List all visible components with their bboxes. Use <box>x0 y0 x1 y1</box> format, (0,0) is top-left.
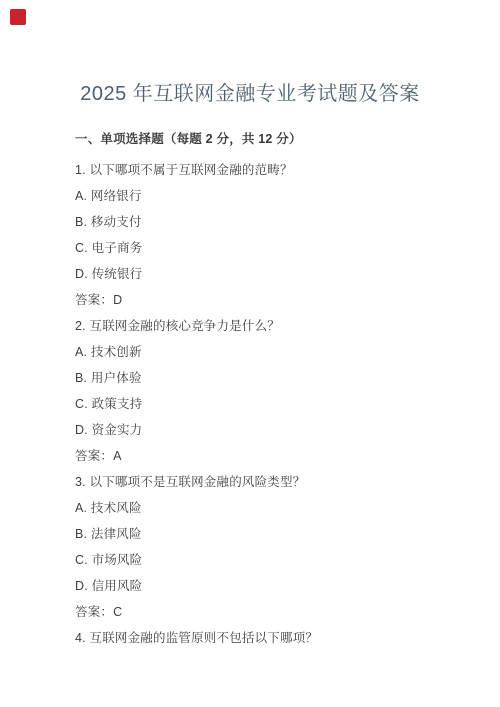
exam-document-page: 2025 年互联网金融专业考试题及答案 一、单项选择题（每题 2 分，共 12 … <box>0 0 500 656</box>
option-line: D. 信用风险 <box>75 578 500 594</box>
page-title: 2025 年互联网金融专业考试题及答案 <box>0 82 500 107</box>
question-list: 1. 以下哪项不属于互联网金融的范畴？A. 网络银行B. 移动支付C. 电子商务… <box>75 162 500 646</box>
question-block: 1. 以下哪项不属于互联网金融的范畴？A. 网络银行B. 移动支付C. 电子商务… <box>75 162 500 308</box>
option-line: A. 技术风险 <box>75 500 500 516</box>
option-line: C. 电子商务 <box>75 240 500 256</box>
option-line: B. 法律风险 <box>75 526 500 542</box>
option-line: B. 移动支付 <box>75 214 500 230</box>
question-text: 3. 以下哪项不是互联网金融的风险类型？ <box>75 474 500 490</box>
option-line: C. 政策支持 <box>75 396 500 412</box>
question-block: 2. 互联网金融的核心竞争力是什么？A. 技术创新B. 用户体验C. 政策支持D… <box>75 318 500 464</box>
question-text: 2. 互联网金融的核心竞争力是什么？ <box>75 318 500 334</box>
option-line: A. 技术创新 <box>75 344 500 360</box>
question-text: 4. 互联网金融的监管原则不包括以下哪项？ <box>75 630 500 646</box>
option-line: B. 用户体验 <box>75 370 500 386</box>
question-text: 1. 以下哪项不属于互联网金融的范畴？ <box>75 162 500 178</box>
answer-line: 答案：A <box>75 448 500 464</box>
answer-line: 答案：C <box>75 604 500 620</box>
option-line: A. 网络银行 <box>75 188 500 204</box>
section-heading: 一、单项选择题（每题 2 分，共 12 分） <box>75 131 500 147</box>
option-line: D. 传统银行 <box>75 266 500 282</box>
answer-line: 答案：D <box>75 292 500 308</box>
question-block: 3. 以下哪项不是互联网金融的风险类型？A. 技术风险B. 法律风险C. 市场风… <box>75 474 500 620</box>
option-line: D. 资金实力 <box>75 422 500 438</box>
option-line: C. 市场风险 <box>75 552 500 568</box>
question-block: 4. 互联网金融的监管原则不包括以下哪项？ <box>75 630 500 646</box>
